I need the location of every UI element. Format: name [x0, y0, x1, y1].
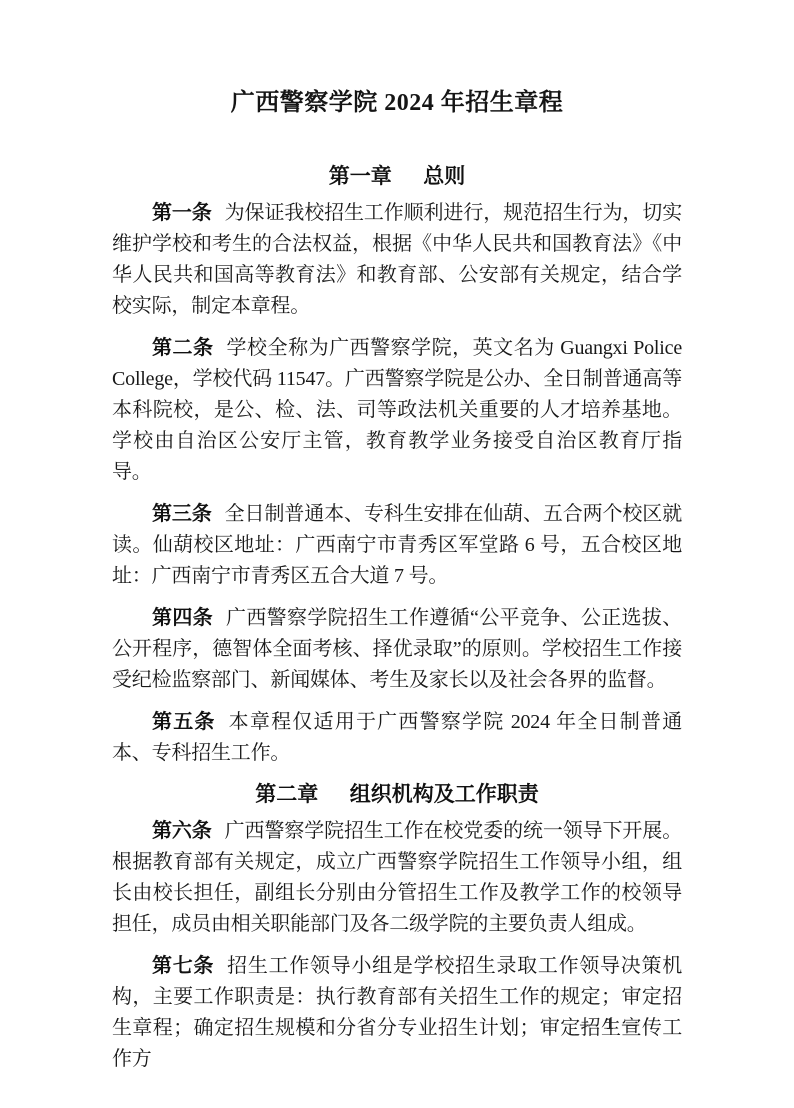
article-6: 第六条广西警察学院招生工作在校党委的统一领导下开展。根据教育部有关规定，成立广西…: [112, 816, 682, 940]
article-4-label: 第四条: [152, 607, 213, 629]
article-1-label: 第一条: [152, 202, 212, 224]
chapter-title: 总则: [423, 165, 465, 188]
chapter-title: 组织机构及工作职责: [350, 783, 539, 806]
page-number: — 1 —: [580, 1014, 641, 1034]
article-7: 第七条招生工作领导小组是学校招生录取工作领导决策机构，主要工作职责是：执行教育部…: [112, 951, 682, 1075]
article-7-label: 第七条: [152, 955, 214, 977]
article-2: 第二条学校全称为广西警察学院，英文名为 Guangxi Police Colle…: [112, 333, 682, 488]
article-5: 第五条本章程仅适用于广西警察学院 2024 年全日制普通本、专科招生工作。: [112, 707, 682, 769]
article-6-label: 第六条: [152, 820, 212, 842]
article-4: 第四条广西警察学院招生工作遵循“公平竞争、公正选拔、公开程序，德智体全面考核、择…: [112, 603, 682, 696]
chapter-number: 第一章: [329, 165, 392, 188]
document-title: 广西警察学院 2024 年招生章程: [112, 90, 682, 116]
chapter-number: 第二章: [255, 783, 318, 806]
article-3-label: 第三条: [152, 503, 212, 525]
chapter-heading-1: 第一章总则: [112, 162, 682, 192]
chapter-heading-2: 第二章组织机构及工作职责: [112, 780, 682, 810]
article-5-label: 第五条: [152, 711, 216, 733]
article-1: 第一条为保证我校招生工作顺利进行，规范招生行为，切实维护学校和考生的合法权益，根…: [112, 198, 682, 322]
document-page: 广西警察学院 2024 年招生章程 第一章总则 第一条为保证我校招生工作顺利进行…: [0, 0, 794, 1108]
article-3: 第三条全日制普通本、专科生安排在仙葫、五合两个校区就读。仙葫校区地址：广西南宁市…: [112, 499, 682, 592]
article-2-label: 第二条: [152, 337, 214, 359]
